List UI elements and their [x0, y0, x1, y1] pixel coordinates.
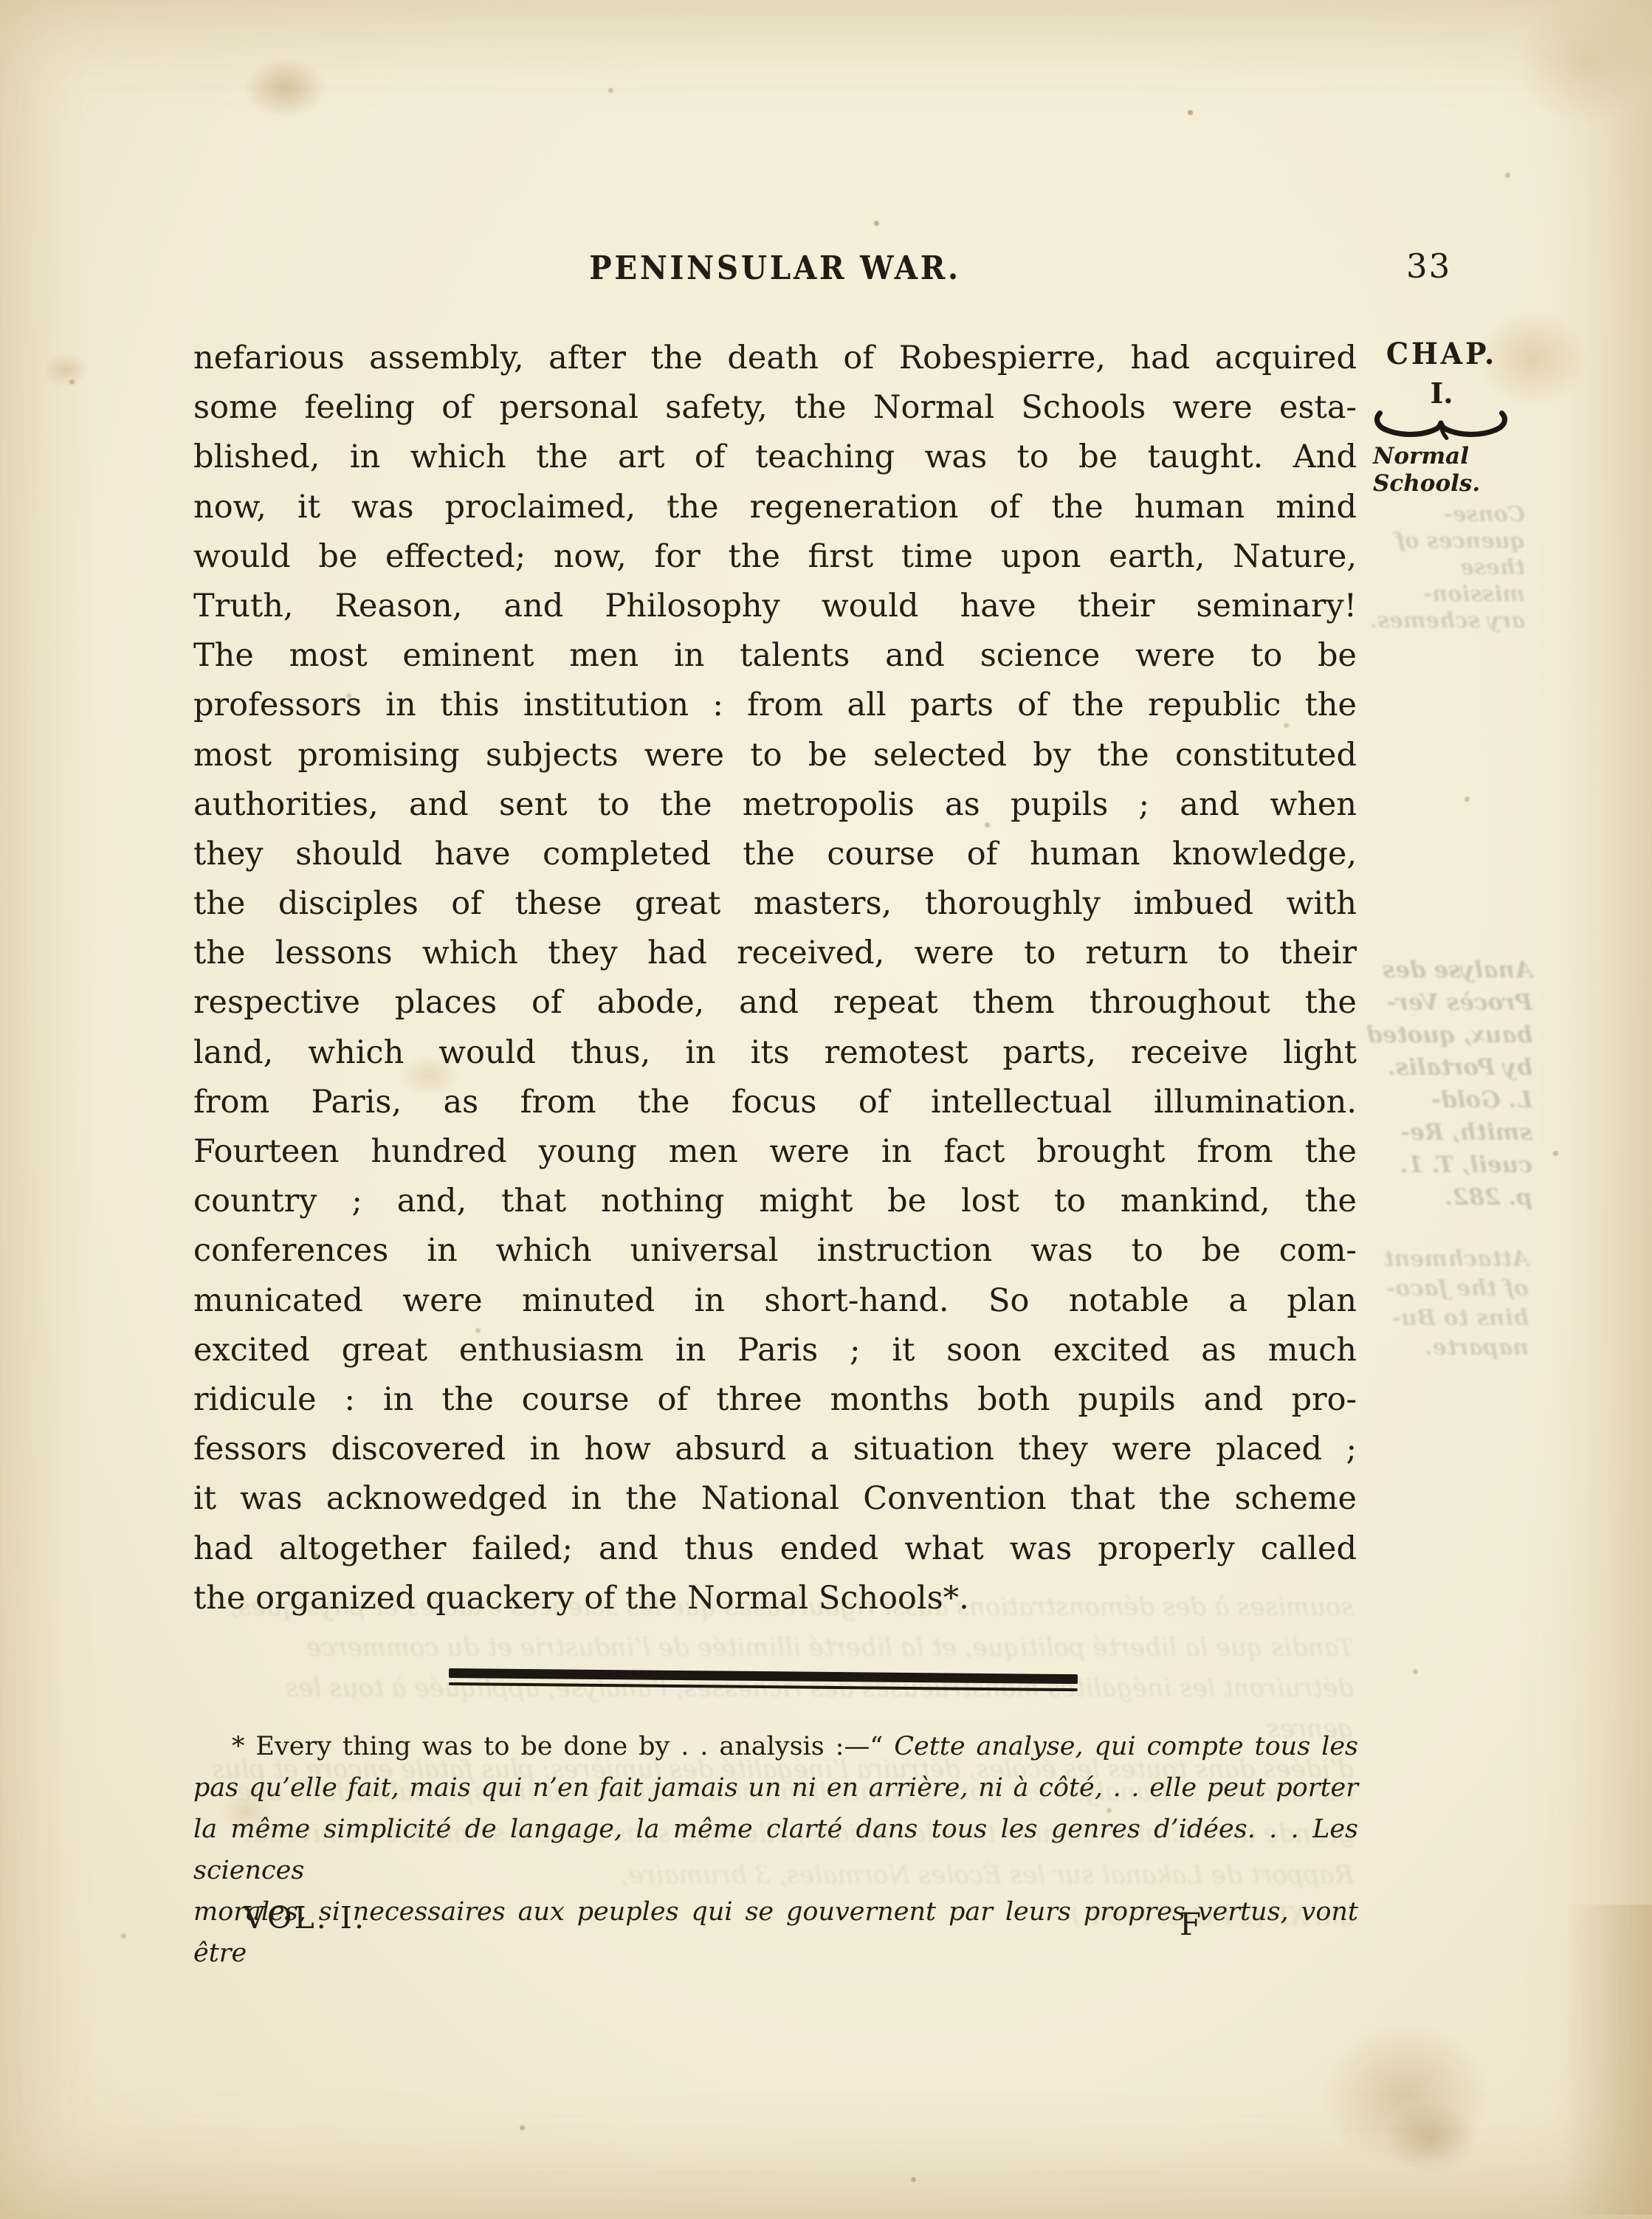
body-text-line: had altogether failed; and thus ended wh… — [193, 1524, 1357, 1574]
body-text-line: Fourteen hundred young men were in fact … — [193, 1127, 1357, 1177]
margin-note-line: Schools. — [1373, 470, 1535, 498]
body-text-line: blished, in which the art of teaching wa… — [193, 433, 1357, 482]
ghost-showthrough-margin-low: Attachmentof the Jaco-bins to Bu-naparte… — [1360, 1245, 1529, 1363]
margin-note-line: Normal — [1373, 443, 1535, 470]
ghost-text-line: Attachment — [1360, 1245, 1529, 1274]
footnote-segment-italic: la même simplicité de langage, la même c… — [193, 1814, 1358, 1885]
margin-note-normal-schools: NormalSchools. — [1373, 443, 1535, 498]
ghost-showthrough-margin-mid: Analyse desProcès Ver-baux, quotedby Por… — [1357, 954, 1532, 1214]
body-text-line: the organized quackery of the Normal Sch… — [193, 1574, 1357, 1623]
body-text-line: the lessons which they had received, wer… — [193, 929, 1357, 978]
body-text: nefarious assembly, after the death of R… — [193, 334, 1357, 1623]
body-text-line: land, which would thus, in its remotest … — [193, 1028, 1357, 1078]
ghost-text-line: by Portalis. — [1357, 1051, 1532, 1084]
paper-stain — [1563, 1905, 1652, 2215]
body-text-line: country ; and, that nothing might be los… — [193, 1177, 1357, 1226]
body-text-line: from Paris, as from the focus of intelle… — [193, 1078, 1357, 1127]
footnote-line: * Every thing was to be done by . . anal… — [193, 1726, 1358, 1767]
footnote-segment-italic: pas qu’elle fait, mais qui n’en fait jam… — [193, 1773, 1358, 1803]
brace-ornament-icon — [1370, 407, 1512, 446]
margin-chapter-number: I. — [1368, 376, 1515, 410]
paper-specks — [0, 0, 4, 4]
footnote-segment-italic: Cette analyse, qui compte tous les — [894, 1732, 1358, 1761]
page-number: 33 — [1406, 247, 1451, 286]
footnote-line: pas qu’elle fait, mais qui n’en fait jam… — [193, 1767, 1358, 1809]
body-text-line: Truth, Reason, and Philosophy would have… — [193, 582, 1357, 631]
ghost-showthrough-margin-top: Conse-quences ofthese mission-ary scheme… — [1364, 500, 1525, 633]
body-text-line: the disciples of these great masters, th… — [193, 879, 1357, 929]
ghost-text-line: these mission- — [1364, 554, 1525, 607]
body-text-line: authorities, and sent to the metropolis … — [193, 780, 1357, 830]
ghost-text-line: p. 282. — [1357, 1181, 1532, 1214]
ghost-text-line: Procès Ver- — [1357, 986, 1532, 1019]
body-text-line: professors in this institution : from al… — [193, 681, 1357, 730]
footnote-line: la même simplicité de langage, la même c… — [193, 1809, 1358, 1891]
body-text-line: most promising subjects were to be selec… — [193, 731, 1357, 780]
body-text-line: ridicule : in the course of three months… — [193, 1375, 1357, 1425]
body-text-line: fessors discovered in how absurd a situa… — [193, 1425, 1357, 1474]
body-text-line: it was acknowedged in the National Conve… — [193, 1474, 1357, 1524]
running-head-title: PENINSULAR WAR. — [247, 250, 1304, 287]
body-text-line: The most eminent men in talents and scie… — [193, 631, 1357, 681]
ghost-text-line: of the Jaco- — [1360, 1274, 1529, 1304]
ghost-text-line: Tandis que la liberté politique, et la l… — [193, 1628, 1354, 1668]
ghost-text-line: bins to Bu- — [1360, 1304, 1529, 1333]
ghost-text-line: quences of — [1364, 527, 1525, 554]
paper-stain — [1385, 2102, 1478, 2173]
body-text-line: respective places of abode, and repeat t… — [193, 978, 1357, 1028]
body-text-line: now, it was proclaimed, the regeneration… — [193, 483, 1357, 532]
ghost-text-line: naparte. — [1360, 1333, 1529, 1363]
body-text-line: excited great enthusiasm in Paris ; it s… — [193, 1326, 1357, 1375]
book-page: Conse-quences ofthese mission-ary scheme… — [0, 0, 1652, 2219]
ghost-text-line: ary schemes. — [1364, 607, 1525, 633]
body-text-line: some feeling of personal safety, the Nor… — [193, 383, 1357, 433]
ghost-text-line: Conse- — [1364, 500, 1525, 527]
ghost-text-line: baux, quoted — [1357, 1019, 1532, 1051]
volume-label: VOL. I. — [244, 1900, 366, 1936]
ghost-text-line: L. Gold- — [1357, 1084, 1532, 1116]
body-text-line: municated were minuted in short-hand. So… — [193, 1276, 1357, 1326]
ghost-text-line: Analyse des — [1357, 954, 1532, 986]
margin-chapter-label: CHAP. — [1371, 337, 1512, 371]
paper-stain — [43, 353, 89, 387]
body-text-line: nefarious assembly, after the death of R… — [193, 334, 1357, 383]
ghost-text-line: smith, Re- — [1357, 1116, 1532, 1149]
ghost-text-line: cueil, T. 1. — [1357, 1149, 1532, 1181]
signature-mark: F — [1180, 1906, 1201, 1942]
footnote-segment-roman: * Every thing was to be done by . . anal… — [232, 1732, 894, 1761]
body-text-line: conferences in which universal instructi… — [193, 1226, 1357, 1276]
body-text-line: they should have completed the course of… — [193, 830, 1357, 879]
paper-stain — [244, 58, 326, 118]
body-text-line: would be effected; now, for the first ti… — [193, 532, 1357, 582]
paper-stain — [1518, 0, 1652, 124]
paper-stain — [1318, 2020, 1494, 2172]
